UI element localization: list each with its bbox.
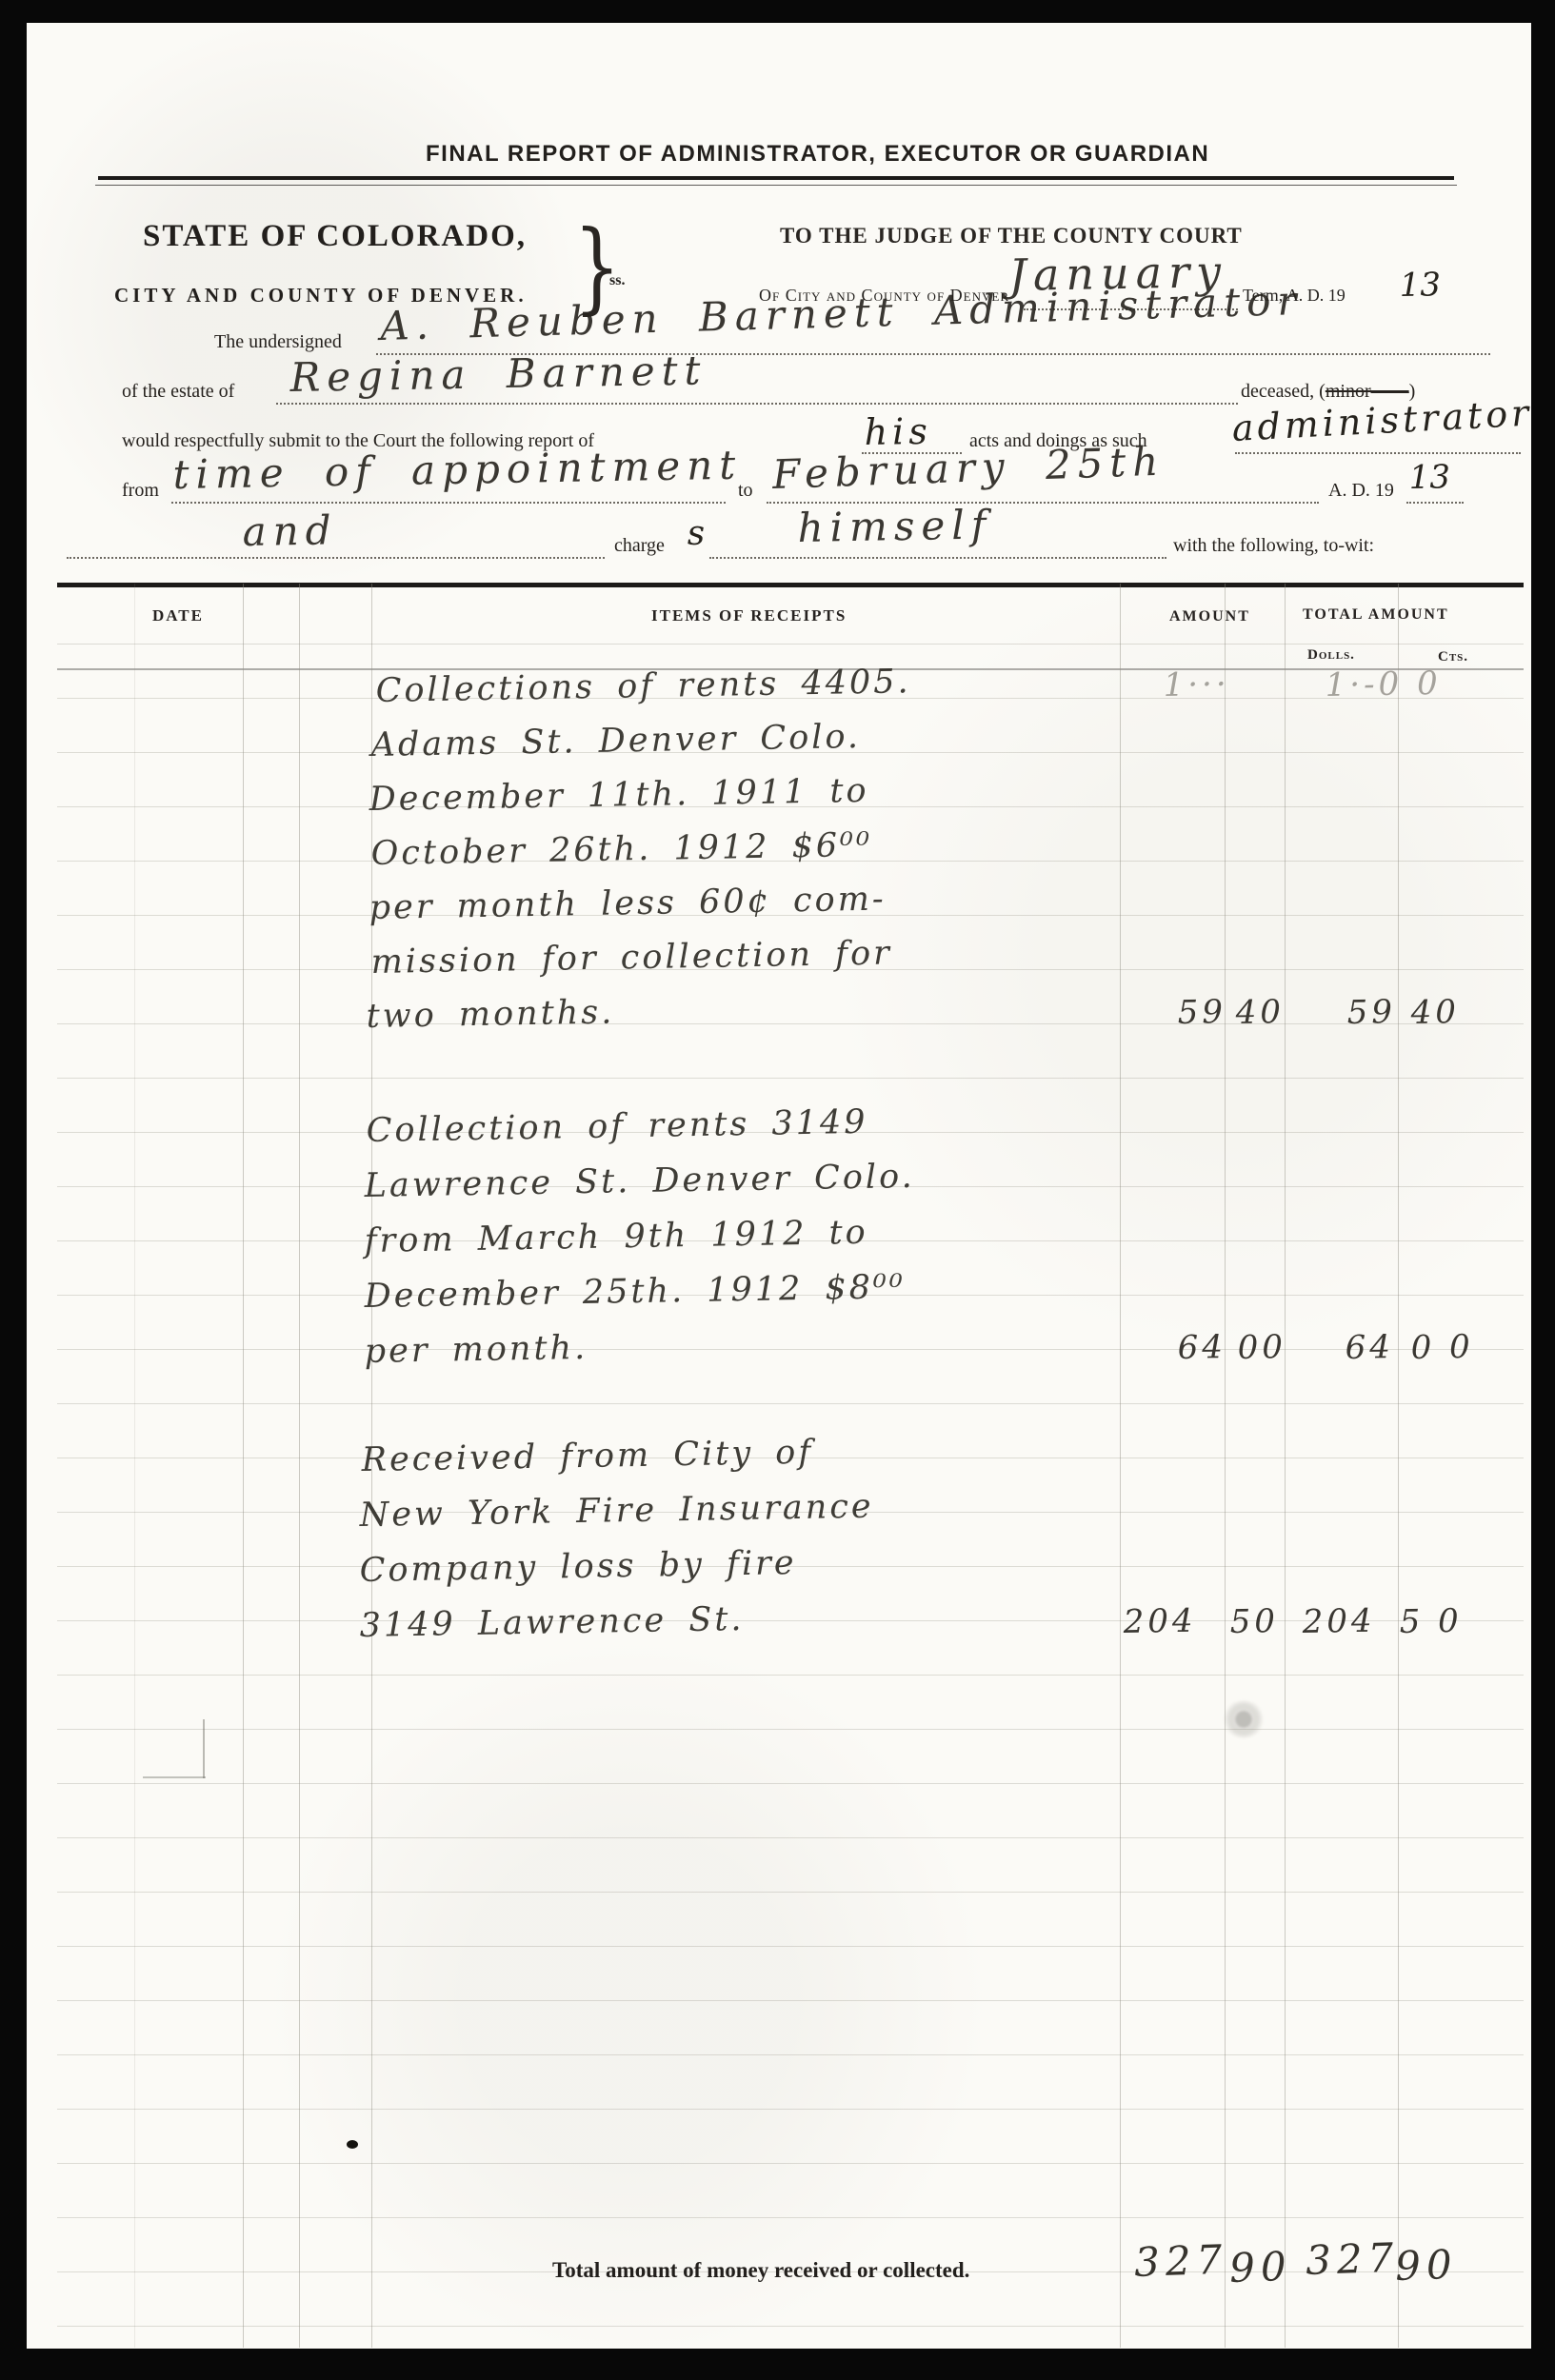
entry2-total-dolls: 64 xyxy=(1345,1328,1394,1367)
charge-s-handwritten: s xyxy=(687,514,705,553)
table-top-rule xyxy=(57,583,1524,587)
col-header-date: DATE xyxy=(152,606,204,625)
from-date-handwritten: time of appointment xyxy=(172,442,742,498)
state-caption: STATE OF COLORADO, xyxy=(143,219,527,254)
entry1-amount-cts: 40 xyxy=(1235,993,1285,1032)
body-line2-printed: of the estate of xyxy=(122,381,234,403)
body-line4-suffix: A. D. 19 xyxy=(1328,480,1394,502)
estate-name-handwritten: Regina Barnett xyxy=(289,347,708,401)
entry1-total-cts: 40 xyxy=(1410,993,1460,1032)
entry3-line4: 3149 Lawrence St. xyxy=(359,1600,744,1645)
pencil-mark-vertical xyxy=(203,1719,205,1778)
entry1-line7: two months. xyxy=(366,993,614,1036)
ledger-vline-amount-cents xyxy=(1225,584,1226,2348)
body-line3-blank2 xyxy=(1235,452,1521,454)
body-line5-blank2 xyxy=(709,557,1166,559)
entry3-line3: Company loss by fire xyxy=(359,1544,797,1590)
entry1-amount-dolls: 59 xyxy=(1177,993,1226,1032)
entry3-amount-dolls: 204 xyxy=(1123,1602,1197,1641)
ledger-vline-total-left xyxy=(1285,584,1286,2348)
total-amount-dolls: 327 xyxy=(1133,2236,1228,2286)
body-line2-blank xyxy=(276,403,1238,405)
himself-handwritten: himself xyxy=(797,501,993,551)
year-handwritten: 13 xyxy=(1408,458,1450,497)
ledger-vline-2 xyxy=(243,584,244,2348)
entry1-faint-total: 1·‐0 0 xyxy=(1325,664,1442,704)
entry3-amount-cts: 50 xyxy=(1229,1602,1279,1641)
body-line4-mid: to xyxy=(738,480,753,502)
total-row-label: Total amount of money received or collec… xyxy=(552,2258,969,2283)
pencil-mark-horizontal xyxy=(143,1776,206,1778)
ledger-vline-1 xyxy=(134,584,135,2348)
court-address-line1: TO THE JUDGE OF THE COUNTY COURT xyxy=(780,224,1243,248)
ledger-vline-total-cents xyxy=(1398,584,1399,2348)
body-line5-printed2: with the following, to-wit: xyxy=(1173,535,1374,557)
title-rule-thin xyxy=(95,185,1457,186)
entry3-line1: Received from City of xyxy=(361,1434,813,1479)
col-header-amount: AMOUNT xyxy=(1169,608,1250,625)
col-header-total: TOTAL AMOUNT xyxy=(1303,606,1449,624)
entry2-line5: per month. xyxy=(364,1329,588,1371)
entry3-total-cts: 5 0 xyxy=(1399,1602,1463,1641)
ss-label: ss. xyxy=(609,272,625,289)
entry2-total-cts: 0 0 xyxy=(1410,1328,1474,1367)
body-line4-blank1 xyxy=(171,502,726,504)
deceased-text: deceased, ( xyxy=(1241,381,1326,402)
body-line5-blank1 xyxy=(67,557,605,559)
entry1-faint-amount: 1··· xyxy=(1163,665,1230,704)
entry1-total-dolls: 59 xyxy=(1346,993,1396,1032)
and-handwritten: and xyxy=(242,506,338,555)
col-header-items: ITEMS OF RECEIPTS xyxy=(651,606,847,625)
term-year-handwritten: 13 xyxy=(1399,266,1441,305)
grand-total-cts: 90 xyxy=(1394,2241,1458,2290)
ledger-vline-3 xyxy=(299,584,300,2348)
scanned-document: FINAL REPORT OF ADMINISTRATOR, EXECUTOR … xyxy=(0,0,1555,2380)
charge-printed: charge xyxy=(614,535,665,557)
entry2-amount-cts: 00 xyxy=(1237,1328,1286,1367)
ledger-vline-amount-left xyxy=(1120,584,1121,2348)
title-rule-thick xyxy=(98,176,1454,180)
body-line1-printed: The undersigned xyxy=(214,331,342,353)
entry2-amount-dolls: 64 xyxy=(1177,1328,1226,1367)
ink-dot xyxy=(347,2140,358,2149)
total-amount-cts: 90 xyxy=(1228,2243,1292,2291)
body-line4-printed: from xyxy=(122,480,159,502)
document-title: FINAL REPORT OF ADMINISTRATOR, EXECUTOR … xyxy=(426,141,1209,168)
grand-total-dolls: 327 xyxy=(1305,2234,1400,2284)
stamp-smudge xyxy=(1222,1700,1266,1738)
entry3-total-dolls: 204 xyxy=(1302,1602,1376,1641)
body-line4-yearblank xyxy=(1406,502,1464,504)
